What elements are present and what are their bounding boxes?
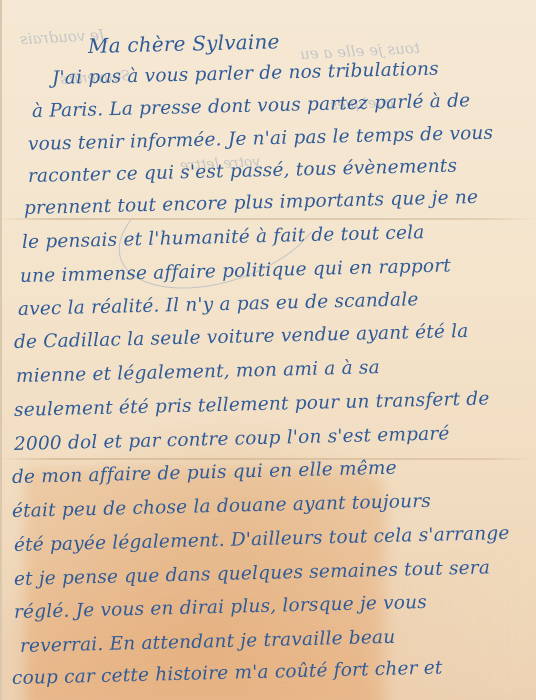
letter-line: reverrai. En attendant je travaille beau	[20, 627, 396, 657]
letter-line: seulement été pris tellement pour un tra…	[14, 388, 490, 421]
letter-line: avec la réalité. Il n'y a pas eu de scan…	[18, 289, 419, 320]
letter-line: était peu de chose la douane ayant toujo…	[12, 491, 431, 522]
letter-line: raconter ce qui s'est passé, tous évènem…	[28, 156, 458, 187]
letter-page: Je voudrais tous je elle a eu Souvenirs …	[0, 0, 536, 700]
salutation: Ma chère Sylvaine	[88, 29, 280, 58]
letter-line: vous tenir informée. Je n'ai pas le temp…	[28, 123, 494, 155]
letter-line: J'ai pas à vous parler de nos tribulatio…	[52, 59, 439, 89]
letter-line: à Paris. La presse dont vous partez parl…	[32, 90, 471, 122]
letter-line: de mon affaire de puis qui en elle même	[12, 458, 397, 488]
letter-line: réglé. Je vous en dirai plus, lorsque je…	[14, 592, 427, 623]
letter-line: et je pense que dans quelques semaines t…	[14, 557, 491, 590]
letter-line: 2000 dol et par contre coup l'on s'est e…	[14, 423, 450, 455]
letter-line: de Cadillac la seule voiture vendue ayan…	[14, 321, 469, 353]
letter-line: prennent tout encore plus importants que…	[24, 187, 479, 219]
letter-body: Ma chère Sylvaine J'ai pas à vous parler…	[0, 0, 536, 700]
letter-line: une immense affaire politique qui en rap…	[20, 255, 451, 287]
letter-line: été payée légalement. D'ailleurs tout ce…	[14, 523, 510, 556]
letter-line: le pensais et l'humanité à fait de tout …	[22, 222, 425, 253]
letter-line: mienne et légalement, mon ami a à sa	[16, 357, 380, 387]
letter-line: coup car cette histoire m'a coûté fort c…	[12, 657, 443, 689]
